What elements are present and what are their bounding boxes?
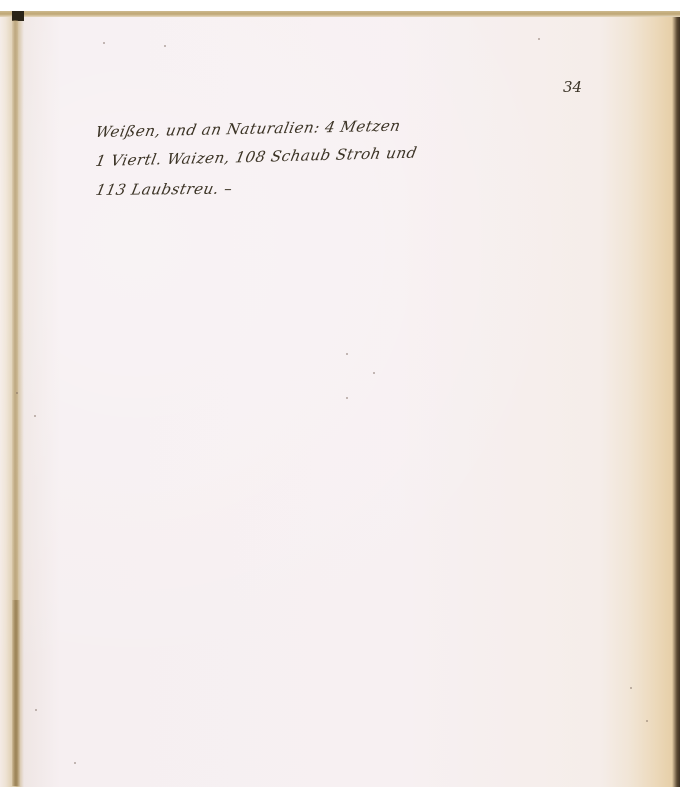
- paper-speck: [34, 415, 36, 417]
- scanned-page-image: 34 Weißen, und an Naturalien: 4 Metzen 1…: [0, 0, 691, 800]
- paper-speck: [16, 392, 18, 394]
- handwritten-text-block: Weißen, und an Naturalien: 4 Metzen 1 Vi…: [93, 118, 533, 205]
- paper-speck: [646, 720, 648, 722]
- handwritten-line: 113 Laubstreu. –: [93, 171, 540, 205]
- paper-speck: [346, 353, 348, 355]
- paper-speck: [630, 687, 632, 689]
- paper-speck: [74, 762, 76, 764]
- paper-speck: [538, 38, 540, 40]
- paper-speck: [346, 397, 348, 399]
- paper-speck: [164, 45, 166, 47]
- paper-speck: [373, 372, 375, 374]
- paper-speck: [35, 709, 37, 711]
- page-top-edge: [0, 11, 680, 17]
- paper-speck: [103, 42, 105, 44]
- left-fold-shadow-lower: [12, 600, 20, 786]
- page-number: 34: [563, 78, 582, 96]
